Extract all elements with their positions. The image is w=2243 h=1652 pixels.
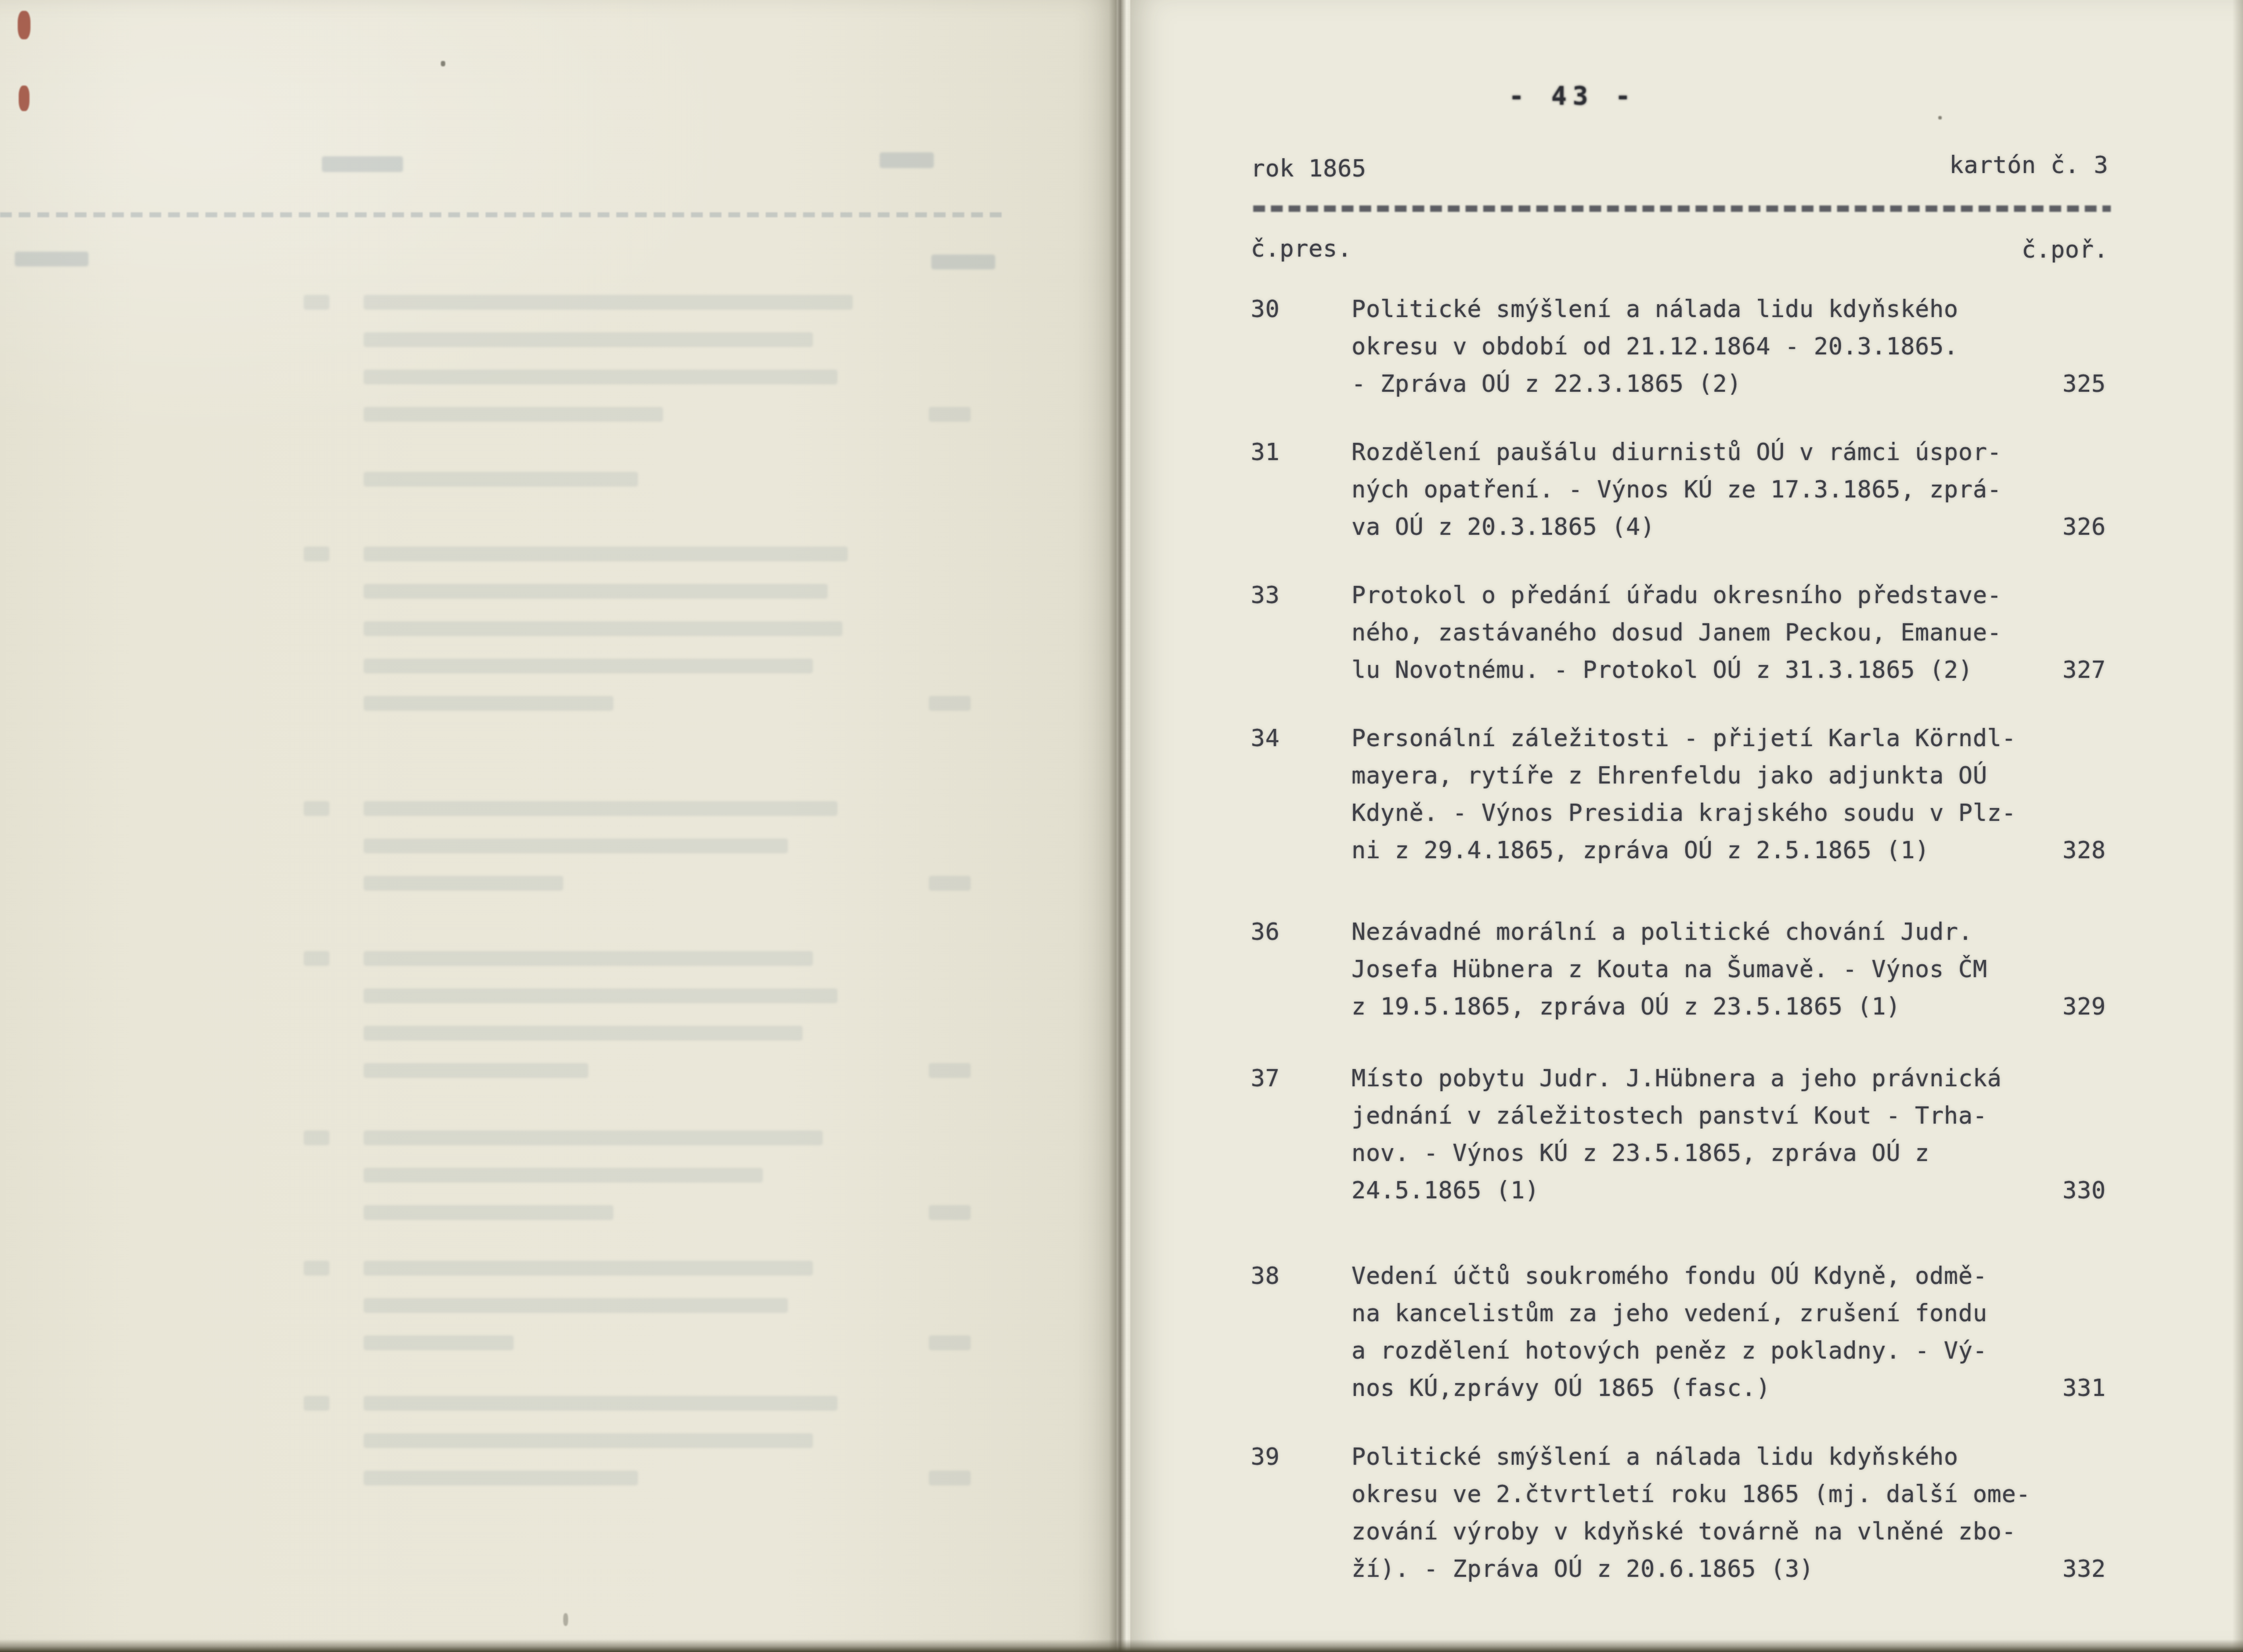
ghost-text-line [364, 370, 837, 384]
entry-text: Rozdělení paušálu diurnistů OÚ v rámci ú… [1352, 434, 2002, 546]
red-edge-mark [18, 11, 30, 39]
ghost-text-line [364, 1130, 823, 1145]
entry-number: 37 [1251, 1060, 1280, 1097]
entry-number: 31 [1251, 434, 1280, 471]
ghost-text-line [364, 1168, 763, 1183]
entry-ref-number: 326 [2063, 508, 2106, 546]
left-page [0, 0, 1117, 1652]
ghost-text-line [364, 988, 837, 1003]
ghost-text-line [364, 951, 813, 966]
ghost-ref-number [929, 407, 971, 422]
entry-ref-number: 332 [2063, 1550, 2106, 1588]
ghost-text-line [364, 621, 842, 636]
right-page: - 43 - rok 1865 kartón č. 3 č.pres. č.po… [1130, 0, 2243, 1652]
page-right-edge-shadow [2232, 0, 2243, 1652]
ghost-entry-number [304, 1396, 329, 1411]
entry-ref-number: 327 [2063, 651, 2106, 689]
ghost-entry-number [304, 547, 329, 561]
ghost-ref-number [929, 696, 971, 711]
ghost-divider-rule [0, 212, 1003, 217]
entry-ref-number: 330 [2063, 1172, 2106, 1209]
entry-ref-number: 329 [2063, 988, 2106, 1025]
ghost-entry-number [304, 951, 329, 966]
ghost-ref-number [929, 1063, 971, 1078]
ghost-text-line [364, 1261, 813, 1275]
entry-text: Personální záležitosti - přijetí Karla K… [1352, 720, 2016, 869]
ghost-text-line [364, 472, 638, 487]
ghost-entry-number [304, 801, 329, 816]
year-label: rok 1865 [1251, 150, 1366, 187]
divider-rule [1253, 205, 2111, 212]
entry-text: Protokol o předání úřadu okresního předs… [1352, 577, 2002, 689]
ghost-carton-label [880, 152, 934, 168]
entry-ref-number: 325 [2063, 365, 2106, 403]
ghost-ref-number [929, 1471, 971, 1485]
paper-speck [441, 61, 445, 66]
ghost-column-left-label [15, 252, 88, 266]
page-number: - 43 - [1509, 78, 1637, 115]
ghost-text-line [364, 547, 848, 561]
entry-number: 30 [1251, 290, 1280, 328]
ghost-entry-number [304, 1261, 329, 1275]
ghost-text-line [364, 1063, 588, 1078]
entry-number: 38 [1251, 1257, 1280, 1295]
entry-number: 36 [1251, 913, 1280, 951]
ghost-text-line [364, 1471, 638, 1485]
entry-text: Místo pobytu Judr. J.Hübnera a jeho práv… [1352, 1060, 2002, 1209]
ghost-text-line [364, 1298, 788, 1313]
ghost-text-line [364, 1433, 813, 1448]
carton-label: kartón č. 3 [1950, 146, 2108, 184]
entry-text: Politické smýšlení a nálada lidu kdyňské… [1352, 1438, 2031, 1588]
ghost-text-line [364, 801, 837, 816]
ghost-text-line [364, 696, 613, 711]
entry-number: 34 [1251, 720, 1280, 757]
ghost-entry-number [304, 295, 329, 310]
paper-speck [563, 1613, 568, 1626]
ghost-ref-number [929, 1205, 971, 1220]
entry-number: 39 [1251, 1438, 1280, 1476]
red-edge-mark [19, 86, 29, 111]
ghost-text-line [364, 295, 853, 310]
ghost-text-line [364, 584, 828, 599]
ghost-text-line [364, 839, 788, 853]
ghost-text-line [364, 332, 813, 347]
ghost-text-line [364, 1335, 514, 1350]
column-left-label: č.pres. [1251, 230, 1352, 267]
ghost-ref-number [929, 876, 971, 891]
ghost-year-label [322, 156, 403, 172]
ghost-ref-number [929, 1335, 971, 1350]
ghost-entry-number [304, 1130, 329, 1145]
entry-text: Vedení účtů soukromého fondu OÚ Kdyně, o… [1352, 1257, 1987, 1407]
column-right-label: č.poř. [2022, 231, 2108, 268]
ghost-text-line [364, 1026, 803, 1041]
entry-text: Nezávadné morální a politické chování Ju… [1352, 913, 1987, 1025]
entry-ref-number: 331 [2063, 1369, 2106, 1407]
entry-number: 33 [1251, 577, 1280, 614]
ghost-text-line [364, 407, 663, 422]
photo-bottom-edge [0, 1639, 2243, 1652]
ghost-column-right-label [931, 255, 995, 269]
book-scan: - 43 - rok 1865 kartón č. 3 č.pres. č.po… [0, 0, 2243, 1652]
ghost-text-line [364, 1205, 613, 1220]
ghost-text-line [364, 659, 813, 673]
ghost-text-line [364, 876, 563, 891]
ghost-text-line [364, 1396, 837, 1411]
entry-text: Politické smýšlení a nálada lidu kdyňské… [1352, 290, 1958, 403]
entry-ref-number: 328 [2063, 832, 2106, 869]
paper-speck [1938, 116, 1942, 119]
